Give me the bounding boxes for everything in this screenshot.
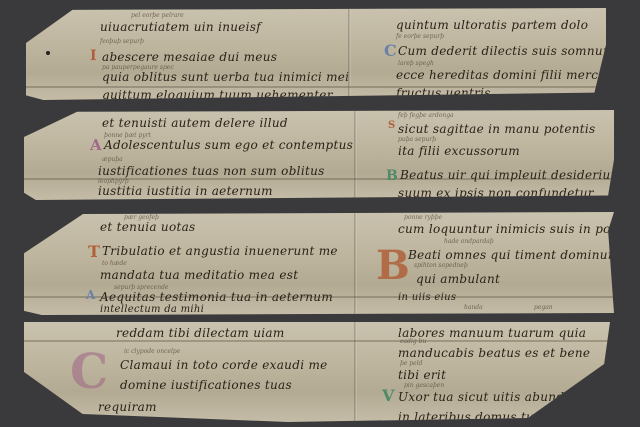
fold-line [24, 340, 610, 342]
initial-letter: B [386, 168, 398, 184]
pin-hole [46, 51, 50, 55]
text-line: cum loquuntur inimicis suis in porta [398, 222, 629, 236]
gloss-line: puþa sepurþ [398, 136, 436, 143]
initial-letter: B [376, 242, 410, 289]
gloss-line: æpuþa [102, 156, 123, 163]
gloss-line: eadig bu [400, 338, 426, 345]
text-line: reddam tibi dilectam uiam [116, 326, 285, 340]
gloss-line: fe eorþe sepurþ [396, 33, 444, 40]
gloss-line: spihton sopedneþ [414, 262, 468, 269]
text-line: ita filii excussorum [398, 144, 520, 158]
text-line: Beati omnes qui timent dominum [408, 248, 619, 262]
fold-crease [354, 110, 357, 200]
text-line: domine iustificationes tuas [120, 378, 292, 392]
text-line: suum ex ipsis non confundetur [398, 186, 594, 200]
manuscript-strip-2: et tenuisti autem delere illud þonne þæt… [24, 110, 614, 200]
text-line: quintum ultoratis partem dolo [396, 18, 588, 32]
gloss-line: feoþuþ sepurþ [100, 38, 144, 45]
text-line: et tenuia uotas [100, 220, 196, 234]
initial-letter: C [384, 41, 397, 60]
text-line: quia oblitus sunt uerba tua inimici mei [102, 70, 349, 84]
text-line: Beatus uir qui impleuit desiderium [400, 168, 622, 182]
text-line: ecce hereditas domini filii merces [396, 68, 612, 82]
initial-letter: V [382, 386, 394, 405]
gloss-line: hade ondpardaþ [444, 238, 494, 245]
gloss-line: ic clypode oncelpe [124, 348, 180, 355]
initial-letter: T [88, 242, 100, 261]
fold-crease [354, 322, 357, 422]
text-line: et tenuisti autem delere illud [102, 116, 288, 130]
text-line: in lateribus domus tuae [398, 410, 549, 424]
text-line: tibi erit [398, 368, 446, 382]
initial-letter: A [86, 288, 95, 302]
text-line: manducabis beatus es et bene [398, 346, 590, 360]
text-line: requiram [98, 400, 157, 414]
manuscript-strip-3: pær geofeþ et tenuia uotas T Tribulatio … [24, 212, 614, 315]
text-line: iustitia iustitia in aeternum [98, 184, 273, 198]
text-line: abescere mesaiae dui meus [102, 50, 277, 64]
text-line: iustificationes tuas non sum oblitus [98, 164, 325, 178]
gloss-line: to hæde [102, 260, 127, 267]
fold-crease [354, 212, 357, 315]
text-line: fructus uentris [396, 86, 491, 100]
text-line: mandata tua meditatio mea est [100, 268, 298, 282]
text-line: Aequitas testimonia tua in aeternum [100, 290, 333, 304]
text-line: uiuacrutiatem uin inueisf [100, 20, 261, 34]
text-line: in uiis eius [398, 292, 456, 303]
text-line: Uxor tua sicut uitis abundans [398, 390, 586, 404]
initial-letter: A [90, 136, 102, 154]
gloss-line: feþ fegþe ardonga [398, 112, 454, 119]
gloss-line: pin gescaþen [404, 382, 444, 389]
text-line: intellectum da mihi [100, 304, 204, 315]
manuscript-strip-1: pel eorþe pelrare uiuacrutiatem uin inue… [26, 8, 606, 100]
text-line: sicut sagittae in manu potentis [398, 122, 596, 136]
text-line: Tribulatio et angustia inuenerunt me [102, 244, 338, 258]
text-line: Clamaui in toto corde exaudi me [120, 358, 328, 372]
text-line: qui ambulant [416, 272, 500, 286]
initial-letter: I [90, 48, 97, 64]
gloss-line: þe peld [400, 360, 422, 367]
initial-letter: C [70, 344, 108, 400]
text-line: quittum eloquium tuum uehementer [102, 88, 333, 102]
gloss-line: ponne ryþþe [404, 214, 442, 221]
manuscript-strip-4: reddam tibi dilectam uiam ic clypode onc… [24, 322, 610, 422]
text-line: Adolescentulus sum ego et contemptus [104, 138, 353, 152]
gloss-line: pel eorþe pelrare [131, 12, 184, 19]
gloss-line: handa [464, 304, 483, 311]
gloss-line: pegan [534, 304, 553, 311]
initial-letter: S [388, 120, 395, 131]
text-line: Cum dederit dilectis suis somnum [398, 44, 615, 58]
gloss-line: lareþ spegh [398, 60, 434, 67]
